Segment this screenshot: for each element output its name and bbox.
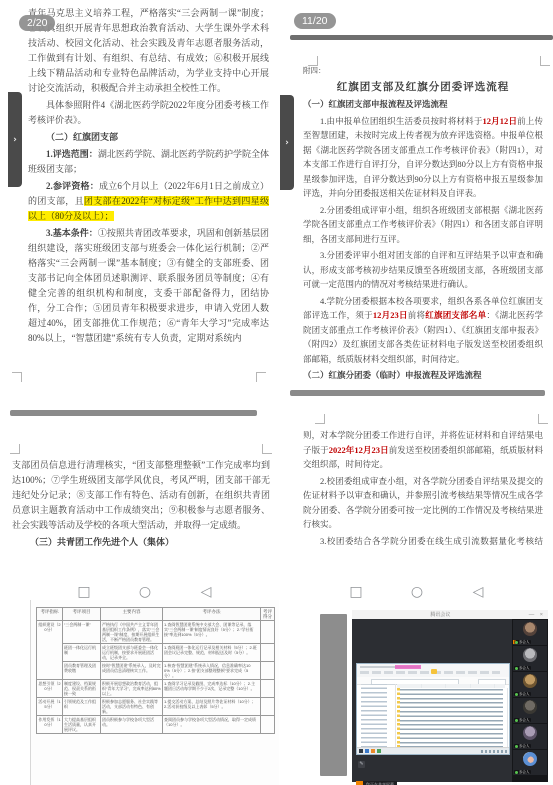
annotation-tool-icon[interactable]: ✎	[358, 761, 365, 768]
participant-tile[interactable]: 参会人	[513, 646, 547, 671]
col-header: 考评项目	[63, 608, 101, 621]
mic-icon	[515, 641, 518, 644]
home-button[interactable]: ○	[138, 584, 152, 600]
page-corner-mark	[12, 372, 22, 382]
section-heading: （三）共青团工作先进个人（集体）	[12, 535, 270, 550]
table-row: 活动开展（15分） 引领规范及工作组织 积极参加志愿服务、社会实践等活动，支部活…	[37, 698, 275, 716]
content-cell: 积极参加志愿服务、社会实践等活动，支部活动有特色、有创新。	[101, 698, 163, 716]
mic-icon	[515, 745, 518, 748]
android-navbar-right: □ ○ ◁	[349, 584, 485, 600]
method-cell: 1.查阅班团一体化运行记录及相关材料（5分）；2.班团会议记录完整、规范，材料报…	[163, 644, 261, 662]
file-type-icons	[397, 688, 400, 747]
taskbar-app-icon[interactable]	[371, 749, 375, 753]
recents-button[interactable]: □	[77, 584, 91, 600]
left-doc-page2: 支部团员信息进行清理核实，“团支部整理整顿”工作完成率均到达100%；⑦学生班级…	[12, 458, 270, 560]
paragraph: 具体参照附件4《湖北医药学院2022年度分团委考核工作考核评价表》。	[28, 98, 269, 128]
paragraph: 青年马克思主义培养工程，严格落实“三会两制一课”制度；①认真组织开展青年思想政治…	[28, 6, 269, 96]
col-header: 主要内容	[101, 608, 163, 621]
paragraph: 1.评选范围：湖北医药学院、湖北医药学院药护学院全体班级团支部；	[28, 147, 269, 177]
left-doc-page1: 青年马克思主义培养工程，严格落实“三会两制一课”制度；①认真组织开展青年思想政治…	[28, 6, 269, 372]
section-heading: （一）红旗团支部申报流程及评选流程	[303, 97, 543, 112]
grey-placeholder-bar	[320, 614, 347, 776]
paragraph: 1.由申报单位团组织生活委员按时将材料于12月12日前上传至智慧团建，未按时完成…	[303, 114, 543, 201]
body-text: 前将	[408, 310, 425, 320]
avatar	[523, 674, 537, 688]
document-title: 红旗团支部及红旗分团委评选流程	[303, 81, 543, 96]
content-cell: 按时“智慧团建”系统录入，及时完成团员信息清理核实工作。	[101, 662, 163, 680]
table-row: 团员教育管理及团费收缴 按时“智慧团建”系统录入，及时完成团员信息清理核实工作。…	[37, 662, 275, 680]
score-cell	[261, 644, 275, 662]
paragraph: 1.依据《湖北医药学院分团委考核工作考核评价表》（附四4）细	[303, 385, 543, 387]
method-cell: 1.核查“智慧团建”系统录入情况，信息准确率达100%（5分）；2.按“团支部整…	[163, 662, 261, 680]
avatar	[523, 700, 537, 714]
home-button[interactable]: ○	[410, 584, 424, 600]
table-row: 班团一体化运行机制 成立班级团支部与班委会一体化运行机制，按要求开展班团活动，记…	[37, 644, 275, 662]
mic-icon	[515, 719, 518, 722]
participant-name: 参会人	[519, 640, 530, 644]
score-cell	[261, 716, 275, 734]
mic-icon	[515, 771, 518, 774]
mic-icon	[515, 693, 518, 696]
table-row: 组织建设（20分） “三会两制一课” 严格执行《中国共产主义青年团基层组织工作条…	[37, 621, 275, 644]
page-corner-mark	[538, 414, 548, 424]
score-cell	[261, 698, 275, 716]
item-cell: 班团一体化运行机制	[63, 644, 101, 662]
section-heading: （二）红旗团支部	[28, 130, 269, 145]
section-heading: （二）红旗分团委（临时）申报流程及评选流程	[303, 368, 543, 383]
page-separator	[290, 35, 553, 40]
attachment-label: 附四：	[303, 64, 543, 79]
shared-screen-area: ✎ 您正在共享屏幕	[352, 619, 512, 782]
participants-strip: 参会人 参会人 参会人 参会人 参会人	[512, 619, 548, 782]
score-cell	[261, 680, 275, 698]
right-doc-page2: 则，对本学院分团委工作进行自评，并将佐证材料和自评结果电子版于2022年12月2…	[303, 428, 543, 548]
item-cell: 团员教育管理及团费收缴	[63, 662, 101, 680]
screen-share-icon	[356, 781, 363, 785]
sidebar-pull-handle[interactable]: ›	[280, 95, 294, 190]
paragraph: 3.基本条件：①按照共青团改革要求，巩固和创新基层团组织建设，落实班级团支部与班…	[28, 226, 269, 346]
avatar	[523, 726, 537, 740]
taskbar-app-icon[interactable]	[377, 749, 381, 753]
explorer-toolbar-buttons[interactable]	[360, 671, 500, 674]
item-text: ①按照共青团改革要求，巩固和创新基层团组织建设，落实班级团支部与班委会一体化运行…	[28, 228, 269, 343]
page-corner-mark	[10, 444, 20, 454]
paragraph: 2.参评资格：成立6个月以上（2022年6月1日之前成立）的团支部，且团支部在2…	[28, 179, 269, 224]
paragraph: 则，对本学院分团委工作进行自评，并将佐证材料和自评结果电子版于2022年12月2…	[303, 428, 543, 472]
content-cell: 团员积极参与学校各项大型活动。	[101, 716, 163, 734]
back-button[interactable]: ◁	[199, 584, 213, 600]
paragraph: 2.校团委组成审查小组，对各学院分团委自评结果及提交的佐证材料予以审查和确认，并…	[303, 474, 543, 532]
meeting-window-title: 腾讯会议	[352, 611, 529, 618]
page-corner-mark	[315, 414, 325, 424]
deadline-date: 12月12日	[482, 116, 517, 126]
item-cell: 大力提高基层组织生活质量，认真开展评议。	[63, 716, 101, 734]
avatar	[523, 752, 537, 766]
body-text: 前上传至智慧团建，未按时完成上传者视为放弃评选资格。申报单位根据《湖北医药学院各…	[303, 116, 543, 199]
method-cell: 1.查阅智慧团建系统中支部大会、团课等记录，落实“三会两制一课”制度情况良好（5…	[163, 621, 261, 644]
deadline-date: 12月23日	[373, 310, 408, 320]
taskbar-app-icon[interactable]	[365, 749, 369, 753]
participant-tile[interactable]: 参会人	[513, 620, 547, 645]
content-cell: 成立班级团支部与班委会一体化运行机制，按要求开展班团活动，记录齐全。	[101, 644, 163, 662]
item-cell: 引领规范及工作组织	[63, 698, 101, 716]
window-controls[interactable]: — ×	[529, 612, 548, 618]
participant-name: 参会人	[519, 718, 530, 722]
avatar	[523, 622, 537, 636]
meeting-titlebar: 腾讯会议 — ×	[352, 610, 548, 619]
chevron-right-icon: ›	[285, 138, 289, 148]
paragraph: 3.校团委结合各学院分团委在线生成引流数据量化考核结果，报送评审领导小组审议。	[303, 534, 543, 549]
folder-icon	[431, 669, 437, 674]
screen-share-badge: 您正在共享屏幕	[356, 781, 397, 785]
page-corner-mark	[262, 444, 272, 454]
scrollbar[interactable]	[507, 688, 509, 747]
participant-name: 参会人	[519, 770, 530, 774]
content-cell: 积极开展思想政治教育活动，组织“青年大学习”，完成率达到80%以上。	[101, 680, 163, 698]
table-row: 思想引领（20分） 制度建设、档案规范、权责关系的衔接一致 积极开展思想政治教育…	[37, 680, 275, 698]
table-header-row: 考评指标 考评项目 主要内容 考评办法 考评得分	[37, 608, 275, 621]
method-cell: 1.提交活动方案、总结及照片等佐证材料（10分）；2.活动获校级及以上表彰（5分…	[163, 698, 261, 716]
deadline-date: 2022年12月23日	[329, 445, 389, 455]
mic-icon	[515, 667, 518, 670]
page-separator	[290, 390, 545, 396]
chevron-right-icon: ›	[13, 135, 17, 145]
right-doc-page1: 附四： 红旗团支部及红旗分团委评选流程 （一）红旗团支部申报流程及评选流程 1.…	[303, 64, 543, 386]
paragraph: 支部团员信息进行清理核实，“团支部整理整顿”工作完成率均到达100%；⑦学生班级…	[12, 458, 270, 533]
sidebar-pull-handle[interactable]: ›	[8, 92, 22, 187]
body-text: 1.由申报单位团组织生活委员按时将材料于	[320, 116, 482, 126]
col-header: 考评指标	[37, 608, 63, 621]
avatar	[523, 648, 537, 662]
evaluation-table-page: 考评指标 考评项目 主要内容 考评办法 考评得分 组织建设（20分） “三会两制…	[30, 600, 279, 785]
participant-tile[interactable]: 参会人	[513, 724, 547, 749]
score-cell	[261, 621, 275, 644]
explorer-ribbon	[357, 664, 509, 678]
android-navbar-left: □ ○ ◁	[77, 584, 213, 600]
item-cell: “三会两制一课”	[63, 621, 101, 644]
collage-canvas: 2/20 › 青年马克思主义培养工程，严格落实“三会两制一课”制度；①认真组织开…	[0, 0, 553, 785]
participant-tile[interactable]: 参会人	[513, 698, 547, 723]
back-button[interactable]: ◁	[471, 584, 485, 600]
col-header: 考评得分	[261, 608, 275, 621]
content-cell: 严格执行《中国共产主义青年团基层组织工作条例》，落实“三会两制一课”制度，按期开…	[101, 621, 163, 644]
participant-tile[interactable]: 参会人	[513, 672, 547, 697]
list-name-red: 红旗团支部名单	[425, 310, 486, 320]
indicator-cell: 活动开展（15分）	[37, 698, 63, 716]
col-header: 考评办法	[163, 608, 261, 621]
paragraph: 2.分团委组成评审小组，组织各班级团支部根据《湖北医药学院各团支部重点工作考核评…	[303, 203, 543, 247]
page-indicator-badge: 2/20	[19, 15, 55, 31]
page-indicator-badge: 11/20	[294, 13, 336, 29]
participant-name: 参会人	[519, 692, 530, 696]
selected-title-highlight	[395, 665, 421, 669]
screen-share-text: 您正在共享屏幕	[363, 781, 397, 785]
item-label: 3.基本条件：	[46, 228, 98, 238]
participant-name: 参会人	[519, 744, 530, 748]
item-cell: 制度建设、档案规范、权责关系的衔接一致	[63, 680, 101, 698]
item-label: 2.参评资格：	[46, 181, 99, 191]
indicator-cell: 组织建设（20分）	[37, 621, 63, 680]
participant-name: 参会人	[519, 666, 530, 670]
paragraph: 3.分团委评审小组对团支部的自评和互评结果予以审查和确认，形成支部考核初步结果反…	[303, 248, 543, 292]
file-list[interactable]	[397, 688, 503, 747]
meeting-screenshot: 腾讯会议 — ×	[308, 600, 553, 785]
evaluation-table: 考评指标 考评项目 主要内容 考评办法 考评得分 组织建设（20分） “三会两制…	[36, 607, 275, 734]
method-cell: 1.查阅学习记录及截图，完成率达标（10分）；2.主题团日活动每学期不少于2次，…	[163, 680, 261, 698]
file-explorer-window[interactable]	[356, 663, 510, 755]
start-button-icon[interactable]	[359, 749, 363, 753]
page-corner-mark	[256, 372, 266, 382]
score-cell	[261, 662, 275, 680]
method-cell: 查阅团员参与学校各项大型活动情况，取得一定成绩（10分）。	[163, 716, 261, 734]
navigation-tree-pane[interactable]	[357, 684, 396, 747]
page-separator	[10, 410, 257, 416]
meeting-window: 腾讯会议 — ×	[352, 610, 548, 782]
indicator-cell: 作用发挥（10分）	[37, 716, 63, 734]
system-tray[interactable]	[481, 750, 507, 753]
paragraph: 4.学院分团委根据本校各项要求，组织各系各单位红旗团支部评选工作，须于12月23…	[303, 294, 543, 367]
recents-button[interactable]: □	[349, 584, 363, 600]
table-row: 作用发挥（10分） 大力提高基层组织生活质量，认真开展评议。 团员积极参与学校各…	[37, 716, 275, 734]
windows-taskbar	[357, 747, 509, 754]
item-label: 1.评选范围：	[46, 149, 98, 159]
participant-tile[interactable]: 参会人	[513, 750, 547, 775]
indicator-cell: 思想引领（20分）	[37, 680, 63, 698]
